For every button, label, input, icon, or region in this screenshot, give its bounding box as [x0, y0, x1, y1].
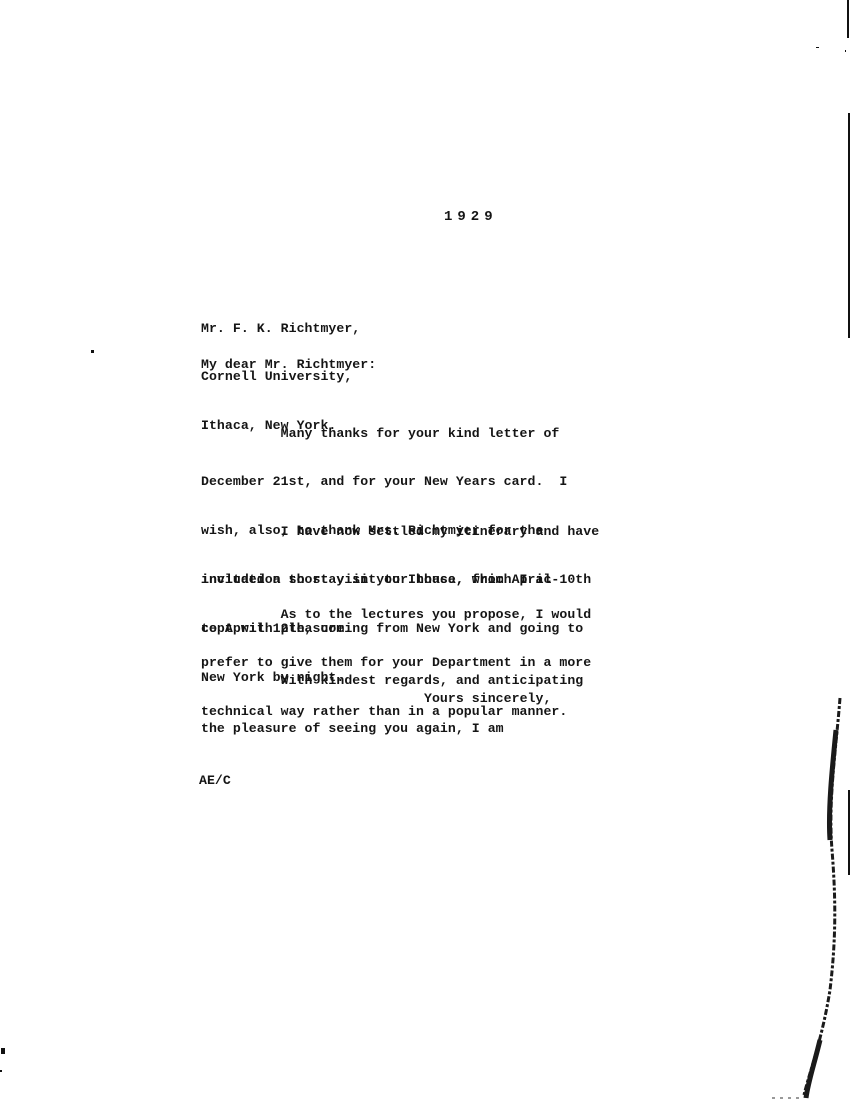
scan-speck — [845, 50, 846, 52]
salutation: My dear Mr. Richtmyer: — [201, 357, 376, 373]
scan-speck — [816, 47, 819, 48]
paragraph-line: As to the lectures you propose, I would — [201, 607, 591, 623]
scan-speck — [0, 1070, 2, 1072]
letter-year: 1929 — [444, 209, 498, 225]
letter-page: 1929 Mr. F. K. Richtmyer, Cornell Univer… — [0, 0, 850, 1119]
typist-initials: AE/C — [199, 773, 231, 789]
paragraph-line: With kindest regards, and anticipating — [201, 673, 583, 689]
paragraph-line: Many thanks for your kind letter of — [201, 426, 567, 442]
address-line-name: Mr. F. K. Richtmyer, — [201, 321, 360, 337]
paragraph-line: December 21st, and for your New Years ca… — [201, 474, 567, 490]
closing: Yours sincerely, — [424, 691, 551, 707]
page-curl-shadow — [770, 690, 850, 1110]
scan-speck — [1, 1048, 5, 1054]
scan-speck — [91, 350, 94, 353]
paragraph-line: I have now settled my itinerary and have — [201, 524, 599, 540]
scan-edge-line — [847, 0, 849, 38]
paragraph-line: the pleasure of seeing you again, I am — [201, 721, 583, 737]
